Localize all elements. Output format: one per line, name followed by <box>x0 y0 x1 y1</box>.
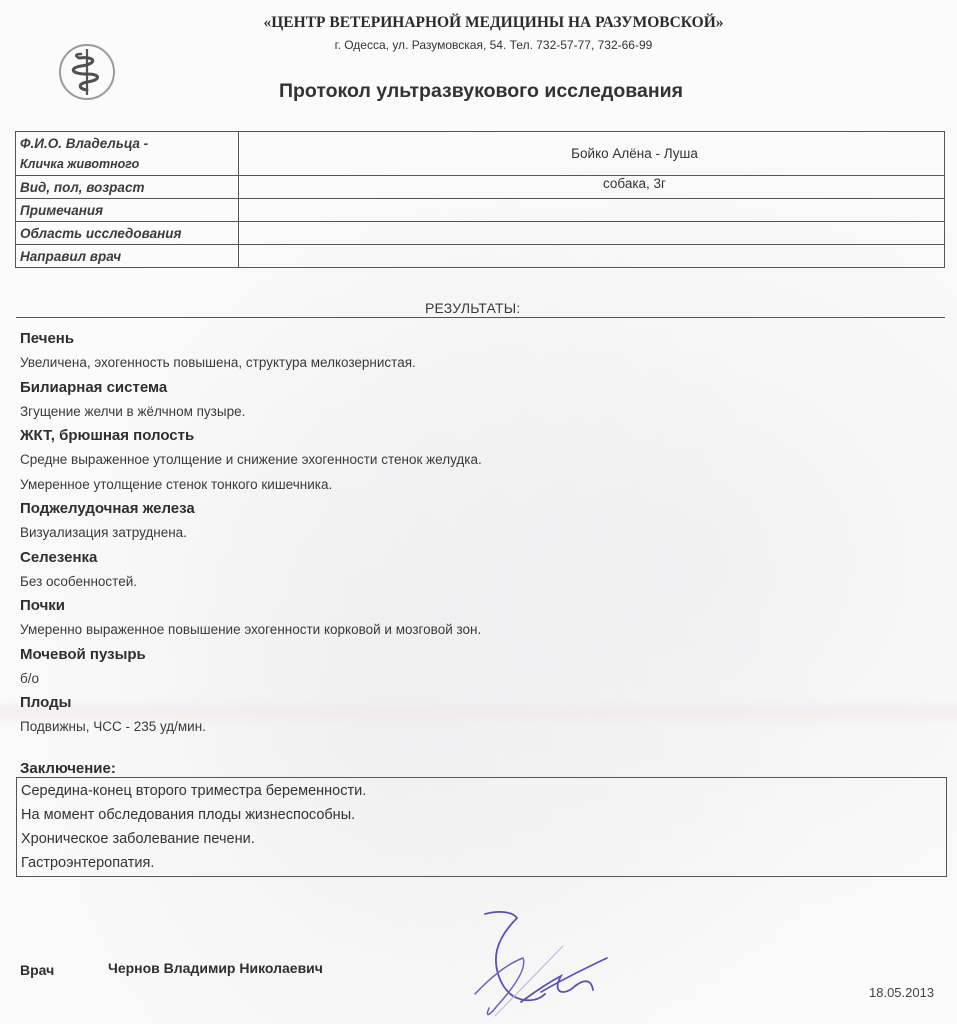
table-row-notes: Примечания <box>16 199 945 222</box>
pet-name-label: Кличка животного <box>20 154 234 175</box>
section-line: Згущение желчи в жёлчном пузыре. <box>20 400 920 425</box>
exam-area-label: Область исследования <box>16 222 239 245</box>
section-kidneys: Почки Умеренно выраженное повышение эхог… <box>20 594 920 643</box>
section-gi-tract: ЖКТ, брюшная полость Средне выраженное у… <box>20 424 920 497</box>
section-bladder: Мочевой пузырь б/о <box>20 643 920 692</box>
organization-address: г. Одесса, ул. Разумовская, 54. Тел. 732… <box>0 38 957 52</box>
table-row-exam-area: Область исследования <box>16 222 945 245</box>
conclusion-line: Середина-конец второго триместра беремен… <box>21 779 946 803</box>
results-heading: РЕЗУЛЬТАТЫ: <box>425 300 520 316</box>
conclusion-box: Середина-конец второго триместра беремен… <box>16 777 947 877</box>
conclusion-line: Хроническое заболевание печени. <box>21 827 946 851</box>
organization-name: «ЦЕНТР ВЕТЕРИНАРНОЙ МЕДИЦИНЫ НА РАЗУМОВС… <box>0 14 957 32</box>
section-title: Печень <box>20 327 920 351</box>
section-line: Увеличена, эхогенность повышена, структу… <box>20 351 920 376</box>
section-title: Почки <box>20 594 920 618</box>
species-label: Вид, пол, возраст <box>16 176 239 199</box>
section-liver: Печень Увеличена, эхогенность повышена, … <box>20 327 920 376</box>
table-row-species: Вид, пол, возраст собака, 3г <box>16 176 945 199</box>
conclusion-line: Гастроэнтеропатия. <box>21 851 946 875</box>
section-line: Умеренно выраженное повышение эхогенност… <box>20 618 920 643</box>
referring-doctor-label: Направил врач <box>16 245 239 268</box>
referring-doctor-value <box>239 245 945 268</box>
section-line: Визуализация затруднена. <box>20 521 920 546</box>
signature-icon <box>445 898 625 1024</box>
section-fetuses: Плоды Подвижны, ЧСС - 235 уд/мин. <box>20 691 920 740</box>
section-title: Селезенка <box>20 546 920 570</box>
conclusion-title: Заключение: <box>20 760 116 777</box>
results-sections: Печень Увеличена, эхогенность повышена, … <box>20 327 920 740</box>
section-title: Поджелудочная железа <box>20 497 920 521</box>
section-line: Средне выраженное утолщение и снижение э… <box>20 448 920 473</box>
doctor-label: Врач <box>20 962 54 978</box>
exam-area-value <box>239 222 945 245</box>
document-date: 18.05.2013 <box>869 985 934 1000</box>
section-biliary: Билиарная система Згущение желчи в жёлчн… <box>20 376 920 425</box>
section-title: Билиарная система <box>20 376 920 400</box>
section-title: Плоды <box>20 691 920 715</box>
section-title: Мочевой пузырь <box>20 643 920 667</box>
notes-value <box>239 199 945 222</box>
conclusion-line: На момент обследования плоды жизнеспособ… <box>21 803 946 827</box>
table-row-owner-pet: Ф.И.О. Владельца - Кличка животного Бойк… <box>16 132 945 176</box>
owner-pet-value: Бойко Алёна - Луша <box>239 132 945 176</box>
patient-info-table: Ф.И.О. Владельца - Кличка животного Бойк… <box>15 131 945 268</box>
section-line: б/о <box>20 667 920 692</box>
notes-label: Примечания <box>16 199 239 222</box>
species-value: собака, 3г <box>239 176 945 199</box>
owner-pet-label: Ф.И.О. Владельца - Кличка животного <box>16 132 239 176</box>
table-row-referring-doctor: Направил врач <box>16 245 945 268</box>
section-line: Без особенностей. <box>20 570 920 595</box>
section-line: Подвижны, ЧСС - 235 уд/мин. <box>20 715 920 740</box>
section-line: Умеренное утолщение стенок тонкого кишеч… <box>20 473 920 498</box>
doctor-name: Чернов Владимир Николаевич <box>108 960 323 976</box>
section-pancreas: Поджелудочная железа Визуализация затруд… <box>20 497 920 546</box>
section-title: ЖКТ, брюшная полость <box>20 424 920 448</box>
section-spleen: Селезенка Без особенностей. <box>20 546 920 595</box>
owner-label: Ф.И.О. Владельца - <box>20 133 234 154</box>
document-title: Протокол ультразвукового исследования <box>0 80 957 103</box>
results-divider <box>16 317 945 318</box>
